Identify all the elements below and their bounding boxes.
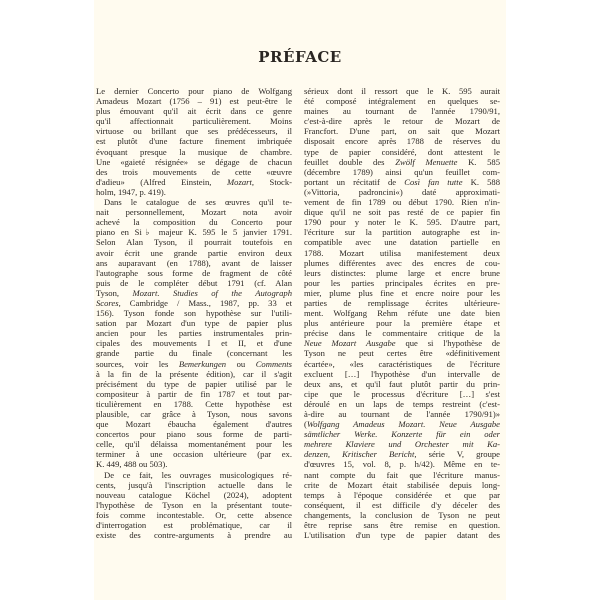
text-line: virtuose ou brillant que ses prédécesseu… xyxy=(96,126,292,136)
text-line: à la fin de la présente édition), car il… xyxy=(96,369,292,379)
text-line: d'interrogation est problématique, car i… xyxy=(96,520,292,530)
text-line: d'œuvres 15, vol. 8, p. h/42). Même en t… xyxy=(304,459,500,469)
italic-title: Zwölf Menuette xyxy=(395,157,457,167)
text-line: d'adieu» (Alfred Einstein, Mozart, Stock… xyxy=(96,177,292,187)
text-line: 1790 pour y noter le K. 595. D'autre par… xyxy=(304,217,500,227)
text-line: maines au tournant de l'année 1790/91, xyxy=(304,106,500,116)
text-line: qu'il affectionnait particulièrement. Mo… xyxy=(96,116,292,126)
text-line: l'écriture sur la partition autographe e… xyxy=(304,227,500,237)
text-line: terminer à une occasion ultérieure (par … xyxy=(96,449,292,459)
text-line: achevé la composition du Concerto pour xyxy=(96,217,292,227)
text-line: mier, plume plus fine et encre noire pou… xyxy=(304,288,500,298)
text-line: nant compte du fait que l'écriture manus… xyxy=(304,470,500,480)
italic-title: sämtlicher Werke. Konzerte für ein oder xyxy=(304,429,500,439)
page-title: PRÉFACE xyxy=(94,48,506,66)
text-line: L'utilisation d'un type de papier datant… xyxy=(304,530,500,540)
text-line: cipales des mouvements I et II, et d'une xyxy=(96,338,292,348)
italic-title: Comments xyxy=(256,359,292,369)
text-line: l'autographe sous forme de fragment de c… xyxy=(96,268,292,278)
italic-title: mehrere Klaviere und Orchester mit Ka- xyxy=(304,439,500,449)
text-line: De ce fait, les ouvrages musicologiques … xyxy=(96,470,292,480)
text-line: conséquent, il est difficile d'y déceler… xyxy=(304,500,500,510)
text-line: piano en Si♭ majeur K. 595 le 5 janvier … xyxy=(96,227,292,237)
text-line: nouveau catalogue Köchel (2024), adopten… xyxy=(96,490,292,500)
text-line: disposait encore après 1788 de réserves … xyxy=(304,136,500,146)
text-line: excluent […] l'hypothèse d'un intervalle… xyxy=(304,369,500,379)
text-line: avoir écrit une grande partie environ de… xyxy=(96,248,292,258)
text-line: Le dernier Concerto pour piano de Wolfga… xyxy=(96,86,292,96)
text-line: ans auparavant (en 1788), avant de laiss… xyxy=(96,258,292,268)
text-line: précisément du type de papier utilisé pa… xyxy=(96,379,292,389)
text-line: crite de Mozart était stabilisée depuis … xyxy=(304,480,500,490)
text-line: changements, la conclusion de Tyson ne p… xyxy=(304,510,500,520)
text-line: feuillet double des Zwölf Menuette K. 58… xyxy=(304,157,500,167)
italic-title: Mozart. Studies of the Autograph xyxy=(133,288,293,298)
text-line: que Mozart ébaucha également d'autres xyxy=(96,419,292,429)
text-line: puis de le compléter début 1791 (cf. Ala… xyxy=(96,278,292,288)
italic-title: Wolfgang Amadeus Mozart. Neue Ausgabe xyxy=(307,419,500,429)
text-line: mehrere Klaviere und Orchester mit Ka- xyxy=(304,439,500,449)
text-line: (Wolfgang Amadeus Mozart. Neue Ausgabe xyxy=(304,419,500,429)
text-line: évoquant presque la musique de chambre. xyxy=(96,147,292,157)
text-line: (décembre 1789) ainsi qu'un feuillet com… xyxy=(304,167,500,177)
text-line: sämtlicher Werke. Konzerte für ein oder xyxy=(304,429,500,439)
text-line: existe des contre-arguments à prendre au xyxy=(96,530,292,540)
text-line: être reprise sans être remise en questio… xyxy=(304,520,500,530)
text-line: leurs distinctes: plume large et encre b… xyxy=(304,268,500,278)
text-line: sources, voir les Bemerkungen ou Comment… xyxy=(96,359,292,369)
text-line: plausible, car grâce à Tyson, nous savon… xyxy=(96,409,292,419)
text-line: Francfort. D'une part, on sait que Mozar… xyxy=(304,126,500,136)
text-line: vement de fin 1789 ou début 1790. Rien n… xyxy=(304,197,500,207)
text-line: celle, qu'il délaissa momentanément pour… xyxy=(96,439,292,449)
text-line: sérieux dont il ressort que le K. 595 au… xyxy=(304,86,500,96)
text-line: écartée», «les caractéristiques de l'écr… xyxy=(304,359,500,369)
text-line: nait personnellement, Mozart nota avoir xyxy=(96,207,292,217)
text-line: fois comme incontestable. Or, cette abse… xyxy=(96,510,292,520)
text-line: plus antérieure pour la première étape e… xyxy=(304,318,500,328)
right-text-column: sérieux dont il ressort que le K. 595 au… xyxy=(304,86,500,540)
text-line: ticulièrement en 1788. Cette hypothèse e… xyxy=(96,399,292,409)
italic-title: Mozart xyxy=(227,177,252,187)
text-line: déroulé en un laps de temps restreint (c… xyxy=(304,399,500,409)
italic-title: Scores xyxy=(96,298,119,308)
text-line: parties de remplissage écrites ultérieur… xyxy=(304,298,500,308)
text-line: sation par Mozart d'un type de papier pl… xyxy=(96,318,292,328)
text-line: temps à l'époque considérée et que par xyxy=(304,490,500,500)
text-line: denzen, Kritischer Bericht, série V, gro… xyxy=(304,449,500,459)
italic-title: Neue Mozart Ausgabe xyxy=(304,338,396,348)
text-line: concertos pour piano sous forme de parti… xyxy=(96,429,292,439)
text-line: ment. Wolfgang Rehm réfute une date bien xyxy=(304,308,500,318)
text-line: ancien pour les parties instrumentales p… xyxy=(96,328,292,338)
text-line: Dans le catalogue de ses œuvres qu'il te… xyxy=(96,197,292,207)
text-line: plumes différentes avec des encres de co… xyxy=(304,258,500,268)
document-page: PRÉFACE Le dernier Concerto pour piano d… xyxy=(94,0,506,600)
text-line: Une «gaieté résignée» se dégage de chacu… xyxy=(96,157,292,167)
text-line: plus émouvant qu'il ait écrit dans ce ge… xyxy=(96,106,292,116)
text-line: Amadeus Mozart (1756 – 91) est peut-être… xyxy=(96,96,292,106)
text-line: cents, jusqu'à l'inscription actuelle da… xyxy=(96,480,292,490)
italic-title: denzen, Kritischer Bericht xyxy=(304,449,414,459)
text-line: pour les parties principales écrites en … xyxy=(304,278,500,288)
text-line: deux ans, et qu'il faut plutôt partir du… xyxy=(304,379,500,389)
text-line: Scores, Cambridge / Mass., 1987, pp. 33 … xyxy=(96,298,292,308)
text-line: Neue Mozart Ausgabe que si l'hypothèse d… xyxy=(304,338,500,348)
text-line: portant un récitatif de Così fan tutte K… xyxy=(304,177,500,187)
text-line: 1788. Mozart utilisa manifestement deux xyxy=(304,248,500,258)
text-line: Tyson, Mozart. Studies of the Autograph xyxy=(96,288,292,298)
text-line: cipe que le processus d'écriture […] s'e… xyxy=(304,389,500,399)
text-line: type de papier considéré, dont attestent… xyxy=(304,147,500,157)
text-line: c'est-à-dire après le retour de Mozart d… xyxy=(304,116,500,126)
text-line: (»Vittoria, padroncini«) daté approximat… xyxy=(304,187,500,197)
text-line: K. 449, 488 ou 503). xyxy=(96,459,292,469)
italic-title: Così fan tutte xyxy=(404,177,462,187)
text-line: 156). Tyson fonde son hypothèse sur l'ut… xyxy=(96,308,292,318)
text-line: été composé intégralement en quelques se… xyxy=(304,96,500,106)
text-line: grande partie du finale (concernant les xyxy=(96,348,292,358)
text-line: holm, 1947, p. 419). xyxy=(96,187,292,197)
text-line: Selon Alan Tyson, il pourrait toutefois … xyxy=(96,237,292,247)
text-line: précise dans le commentaire critique de … xyxy=(304,328,500,338)
text-line: Tyson ne peut certes être «définitivemen… xyxy=(304,348,500,358)
text-line: est plutôt d'une facture finement imbriq… xyxy=(96,136,292,146)
text-line: des trois mouvements de cette «œuvre xyxy=(96,167,292,177)
text-line: compositeur à partir de fin 1787 et tout… xyxy=(96,389,292,399)
text-line: l'hypothèse de Tyson en la présentant to… xyxy=(96,500,292,510)
left-text-column: Le dernier Concerto pour piano de Wolfga… xyxy=(96,86,292,540)
text-line: à-dire au tournant de l'année 1790/91)» xyxy=(304,409,500,419)
italic-title: Bemerkungen xyxy=(179,359,226,369)
text-line: compatible avec une datation partielle e… xyxy=(304,237,500,247)
text-line: dique qu'il ne soit pas resté de ce papi… xyxy=(304,207,500,217)
